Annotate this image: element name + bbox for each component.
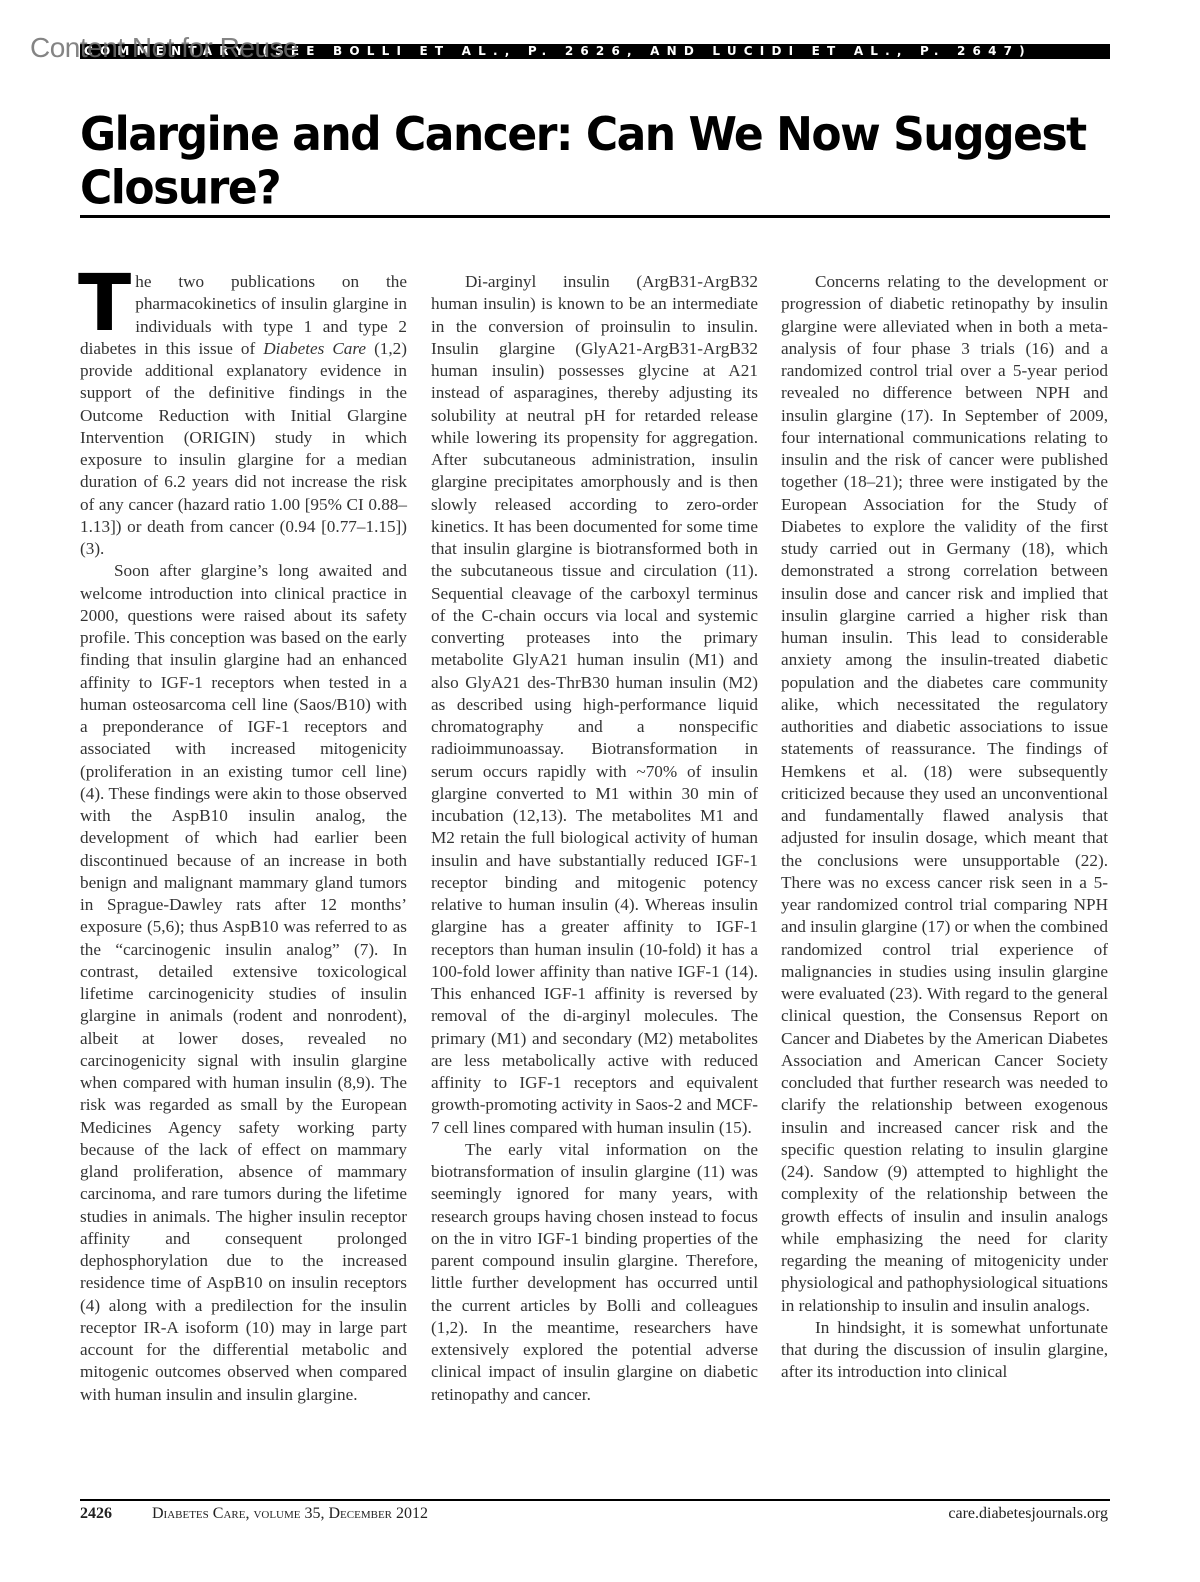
text-column-2: Di-arginyl insulin (ArgB31-ArgB32 human … [431,271,758,1406]
journal-url-link[interactable]: care.diabetesjournals.org [948,1504,1108,1524]
title-divider [80,215,1110,218]
paragraph: In hindsight, it is somewhat unfortunate… [781,1317,1108,1384]
paragraph: The two publications on the pharmacokine… [80,271,407,560]
journal-page: COMMENTARY (SEE BOLLI ET AL., P. 2626, A… [0,0,1200,1582]
paragraph: Soon after glargine’s long awaited and w… [80,560,407,1406]
text-column-3: Concerns relating to the development or … [781,271,1108,1384]
dropcap: T [78,273,131,337]
paragraph-text: (1,2) provide additional explanatory evi… [80,339,407,558]
journal-info: Diabetes Care, volume 35, December 2012 [152,1504,428,1524]
article-title: Glargine and Cancer: Can We Now Suggest … [80,108,1120,215]
paragraph: Concerns relating to the development or … [781,271,1108,1317]
watermark: Content Not for Reuse [30,31,298,65]
text-column-1: The two publications on the pharmacokine… [80,271,407,1406]
footer-divider [80,1499,1110,1501]
paragraph: The early vital information on the biotr… [431,1139,758,1406]
page-number: 2426 [80,1504,112,1524]
paragraph: Di-arginyl insulin (ArgB31-ArgB32 human … [431,271,758,1139]
journal-name-italic: Diabetes Care [263,339,366,358]
